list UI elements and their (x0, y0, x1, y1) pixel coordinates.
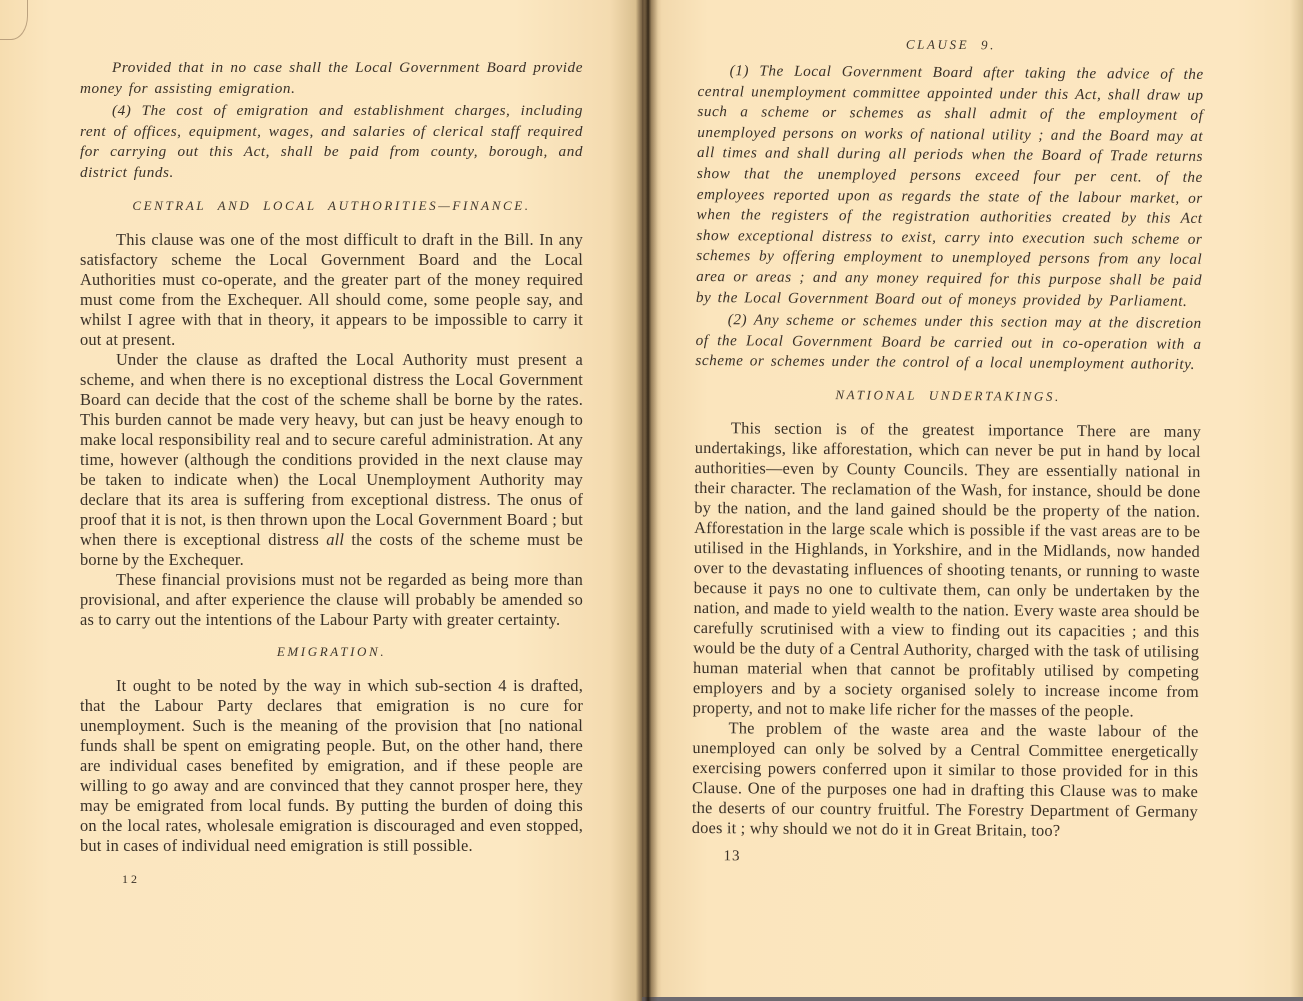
section-heading-finance: CENTRAL AND LOCAL AUTHORITIES—FINANCE. (80, 198, 583, 214)
clause-text: (1) The Local Government Board after tak… (695, 61, 1203, 376)
clause-paragraph: (1) The Local Government Board after tak… (696, 61, 1204, 312)
text-run: Under the clause as drafted the Local Au… (80, 350, 583, 549)
emphasis: all (326, 530, 344, 549)
statute-paragraph: Provided that in no case shall the Local… (80, 58, 583, 99)
page-number: 12 (122, 872, 583, 887)
body-paragraph: Under the clause as drafted the Local Au… (80, 350, 583, 570)
body-paragraph: These financial provisions must not be r… (80, 570, 583, 630)
emigration-commentary: It ought to be noted by the way in which… (80, 676, 583, 856)
body-paragraph: This clause was one of the most difficul… (80, 230, 583, 350)
national-commentary: This section is of the greatest importan… (692, 418, 1201, 842)
statute-excerpt: Provided that in no case shall the Local… (80, 58, 583, 184)
pencil-mark (0, 0, 28, 40)
body-paragraph: The problem of the waste area and the wa… (692, 718, 1199, 842)
clause-paragraph: (2) Any scheme or schemes under this sec… (695, 310, 1201, 376)
section-heading-national: NATIONAL UNDERTAKINGS. (695, 386, 1201, 406)
right-page-column: CLAUSE 9. (1) The Local Government Board… (691, 35, 1204, 869)
body-paragraph: It ought to be noted by the way in which… (80, 676, 583, 856)
body-paragraph: This section is of the greatest importan… (693, 418, 1201, 722)
left-page: Provided that in no case shall the Local… (0, 0, 642, 1001)
section-heading-emigration: EMIGRATION. (80, 644, 583, 660)
left-page-column: Provided that in no case shall the Local… (80, 58, 583, 887)
right-page: CLAUSE 9. (1) The Local Government Board… (642, 0, 1303, 1001)
finance-commentary: This clause was one of the most difficul… (80, 230, 583, 630)
book-spread: Provided that in no case shall the Local… (0, 0, 1303, 1001)
page-number: 13 (723, 848, 1197, 869)
section-heading-clause: CLAUSE 9. (698, 35, 1204, 55)
statute-paragraph: (4) The cost of emigration and establish… (80, 101, 583, 183)
